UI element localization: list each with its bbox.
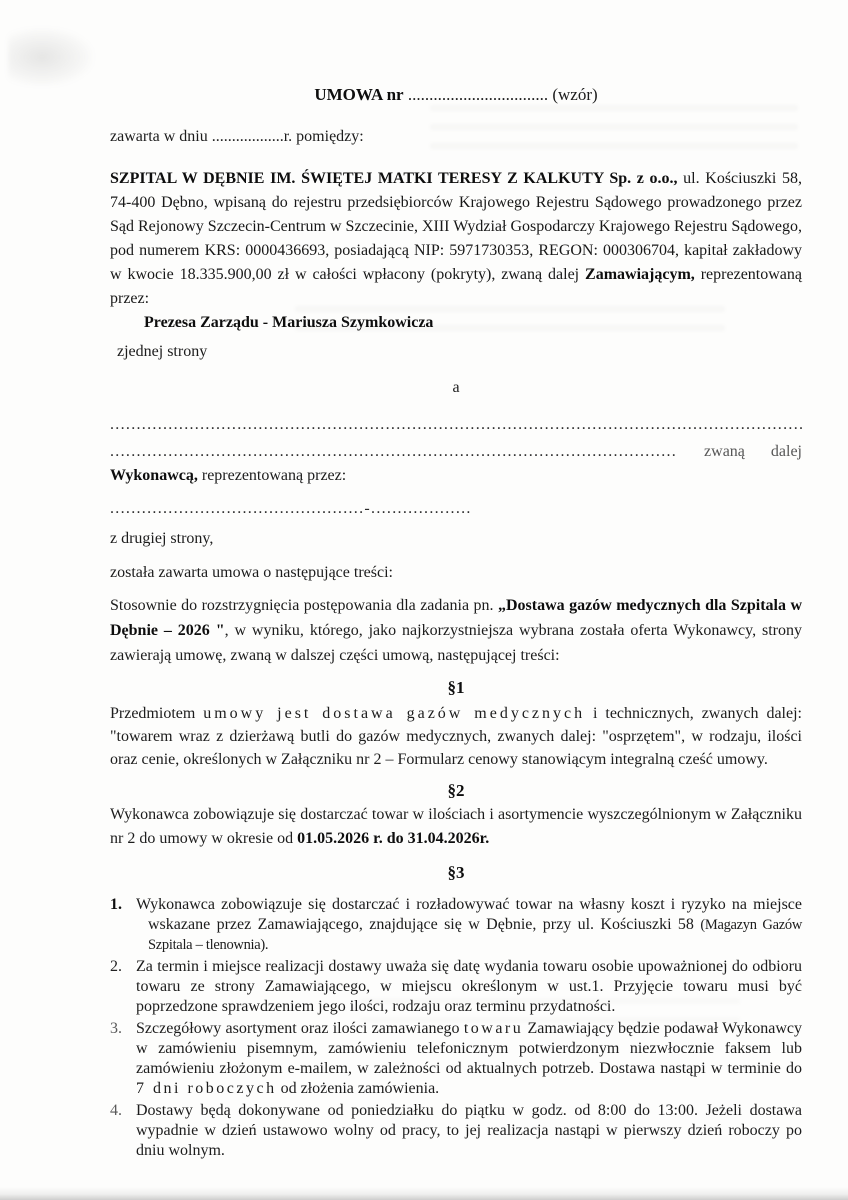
list-item-2-number: 2. xyxy=(110,957,136,1017)
list-item-3-before: Szczegółowy asortyment oraz ilości zamaw… xyxy=(136,1020,464,1037)
title-wzor-suffix: (wzór) xyxy=(548,85,598,104)
section2-dates: 01.05.2026 r. do 31.04.2026r. xyxy=(297,830,489,847)
list-item-2-text: Za termin i miejsce realizacji dostawy u… xyxy=(136,957,802,1017)
scanned-contract-page: UMOWA nr ...............................… xyxy=(0,0,848,1200)
party1-side-note: zjednej strony xyxy=(110,340,802,364)
party1-name: SZPITAL W DĘBNIE IM. ŚWIĘTEJ MATKI TERES… xyxy=(110,170,678,187)
list-item-3-spaced1: towaru xyxy=(464,1020,523,1037)
zwana-dalej-label: zwaną dalej xyxy=(704,440,802,464)
list-item-3-number: 3. xyxy=(110,1019,136,1099)
scan-smudge-artifact xyxy=(8,28,93,86)
section2-heading: §2 xyxy=(110,779,802,803)
contract-document: UMOWA nr ...............................… xyxy=(110,82,802,1161)
list-item-4-text: Dostawy będą dokonywane od poniedziałku … xyxy=(136,1101,802,1161)
list-item-4: 4. Dostawy będą dokonywane od poniedział… xyxy=(110,1101,802,1161)
section1-spaced-phrase: umowy jest dostawa gazów medycznych xyxy=(203,705,585,722)
document-title: UMOWA nr ...............................… xyxy=(110,82,802,107)
section2-paragraph: Wykonawca zobowiązuje się dostarczać tow… xyxy=(110,803,802,851)
section1-paragraph: Przedmiotem umowy jest dostawa gazów med… xyxy=(110,702,802,771)
title-label: UMOWA nr xyxy=(314,85,403,104)
list-item-3: 3. Szczegółowy asortyment oraz ilości za… xyxy=(110,1019,802,1099)
list-item-1-number: 1. xyxy=(110,895,136,955)
conclusion-line: została zawarta umowa o następujące treś… xyxy=(110,561,802,585)
party1-alias: Zamawiającym, xyxy=(585,266,695,283)
party2-after-alias: reprezentowaną przez: xyxy=(198,467,346,484)
preamble-paragraph: Stosownie do rozstrzygnięcia postępowani… xyxy=(110,593,802,668)
list-item-1-text: Wykonawca zobowiązuje się dostarczać i r… xyxy=(136,895,802,955)
section1-heading: §1 xyxy=(110,676,802,700)
list-item-1: 1. Wykonawca zobowiązuje się dostarczać … xyxy=(110,895,802,955)
scan-bottom-edge xyxy=(0,1187,848,1200)
party2-paragraph: Wykonawcą, reprezentowaną przez: xyxy=(110,464,802,488)
section3-list: 1. Wykonawca zobowiązuje się dostarczać … xyxy=(110,895,802,1161)
blank-fill-line-3: ........................................… xyxy=(110,500,470,518)
section1-before: Przedmiotem xyxy=(110,705,203,722)
blank-fill-line-2: ........................................… xyxy=(110,440,678,464)
party1-paragraph: SZPITAL W DĘBNIE IM. ŚWIĘTEJ MATKI TERES… xyxy=(110,167,802,311)
connector-a: a xyxy=(110,376,802,400)
blank-fill-line-2-row: ........................................… xyxy=(110,440,802,464)
party2-alias: Wykonawcą, xyxy=(110,467,198,484)
party1-representative: Prezesa Zarządu - Mariusza Szymkowicza xyxy=(110,311,802,335)
section3-heading: §3 xyxy=(110,861,802,885)
blank-fill-line-1: ........................................… xyxy=(110,416,802,434)
list-item-3-spaced2: 7 dni roboczych xyxy=(136,1080,277,1097)
list-item-3-text: Szczegółowy asortyment oraz ilości zamaw… xyxy=(136,1019,802,1099)
title-dots: ................................. xyxy=(404,85,549,104)
list-item-4-number: 4. xyxy=(110,1101,136,1161)
list-item-2: 2. Za termin i miejsce realizacji dostaw… xyxy=(110,957,802,1017)
list-item-3-after: od złożenia zamówienia. xyxy=(277,1080,440,1097)
party2-side-note: z drugiej strony, xyxy=(110,527,802,551)
preamble-before: Stosownie do rozstrzygnięcia postępowani… xyxy=(110,597,498,614)
intro-line: zawarta w dniu ..................r. pomi… xyxy=(110,125,802,149)
